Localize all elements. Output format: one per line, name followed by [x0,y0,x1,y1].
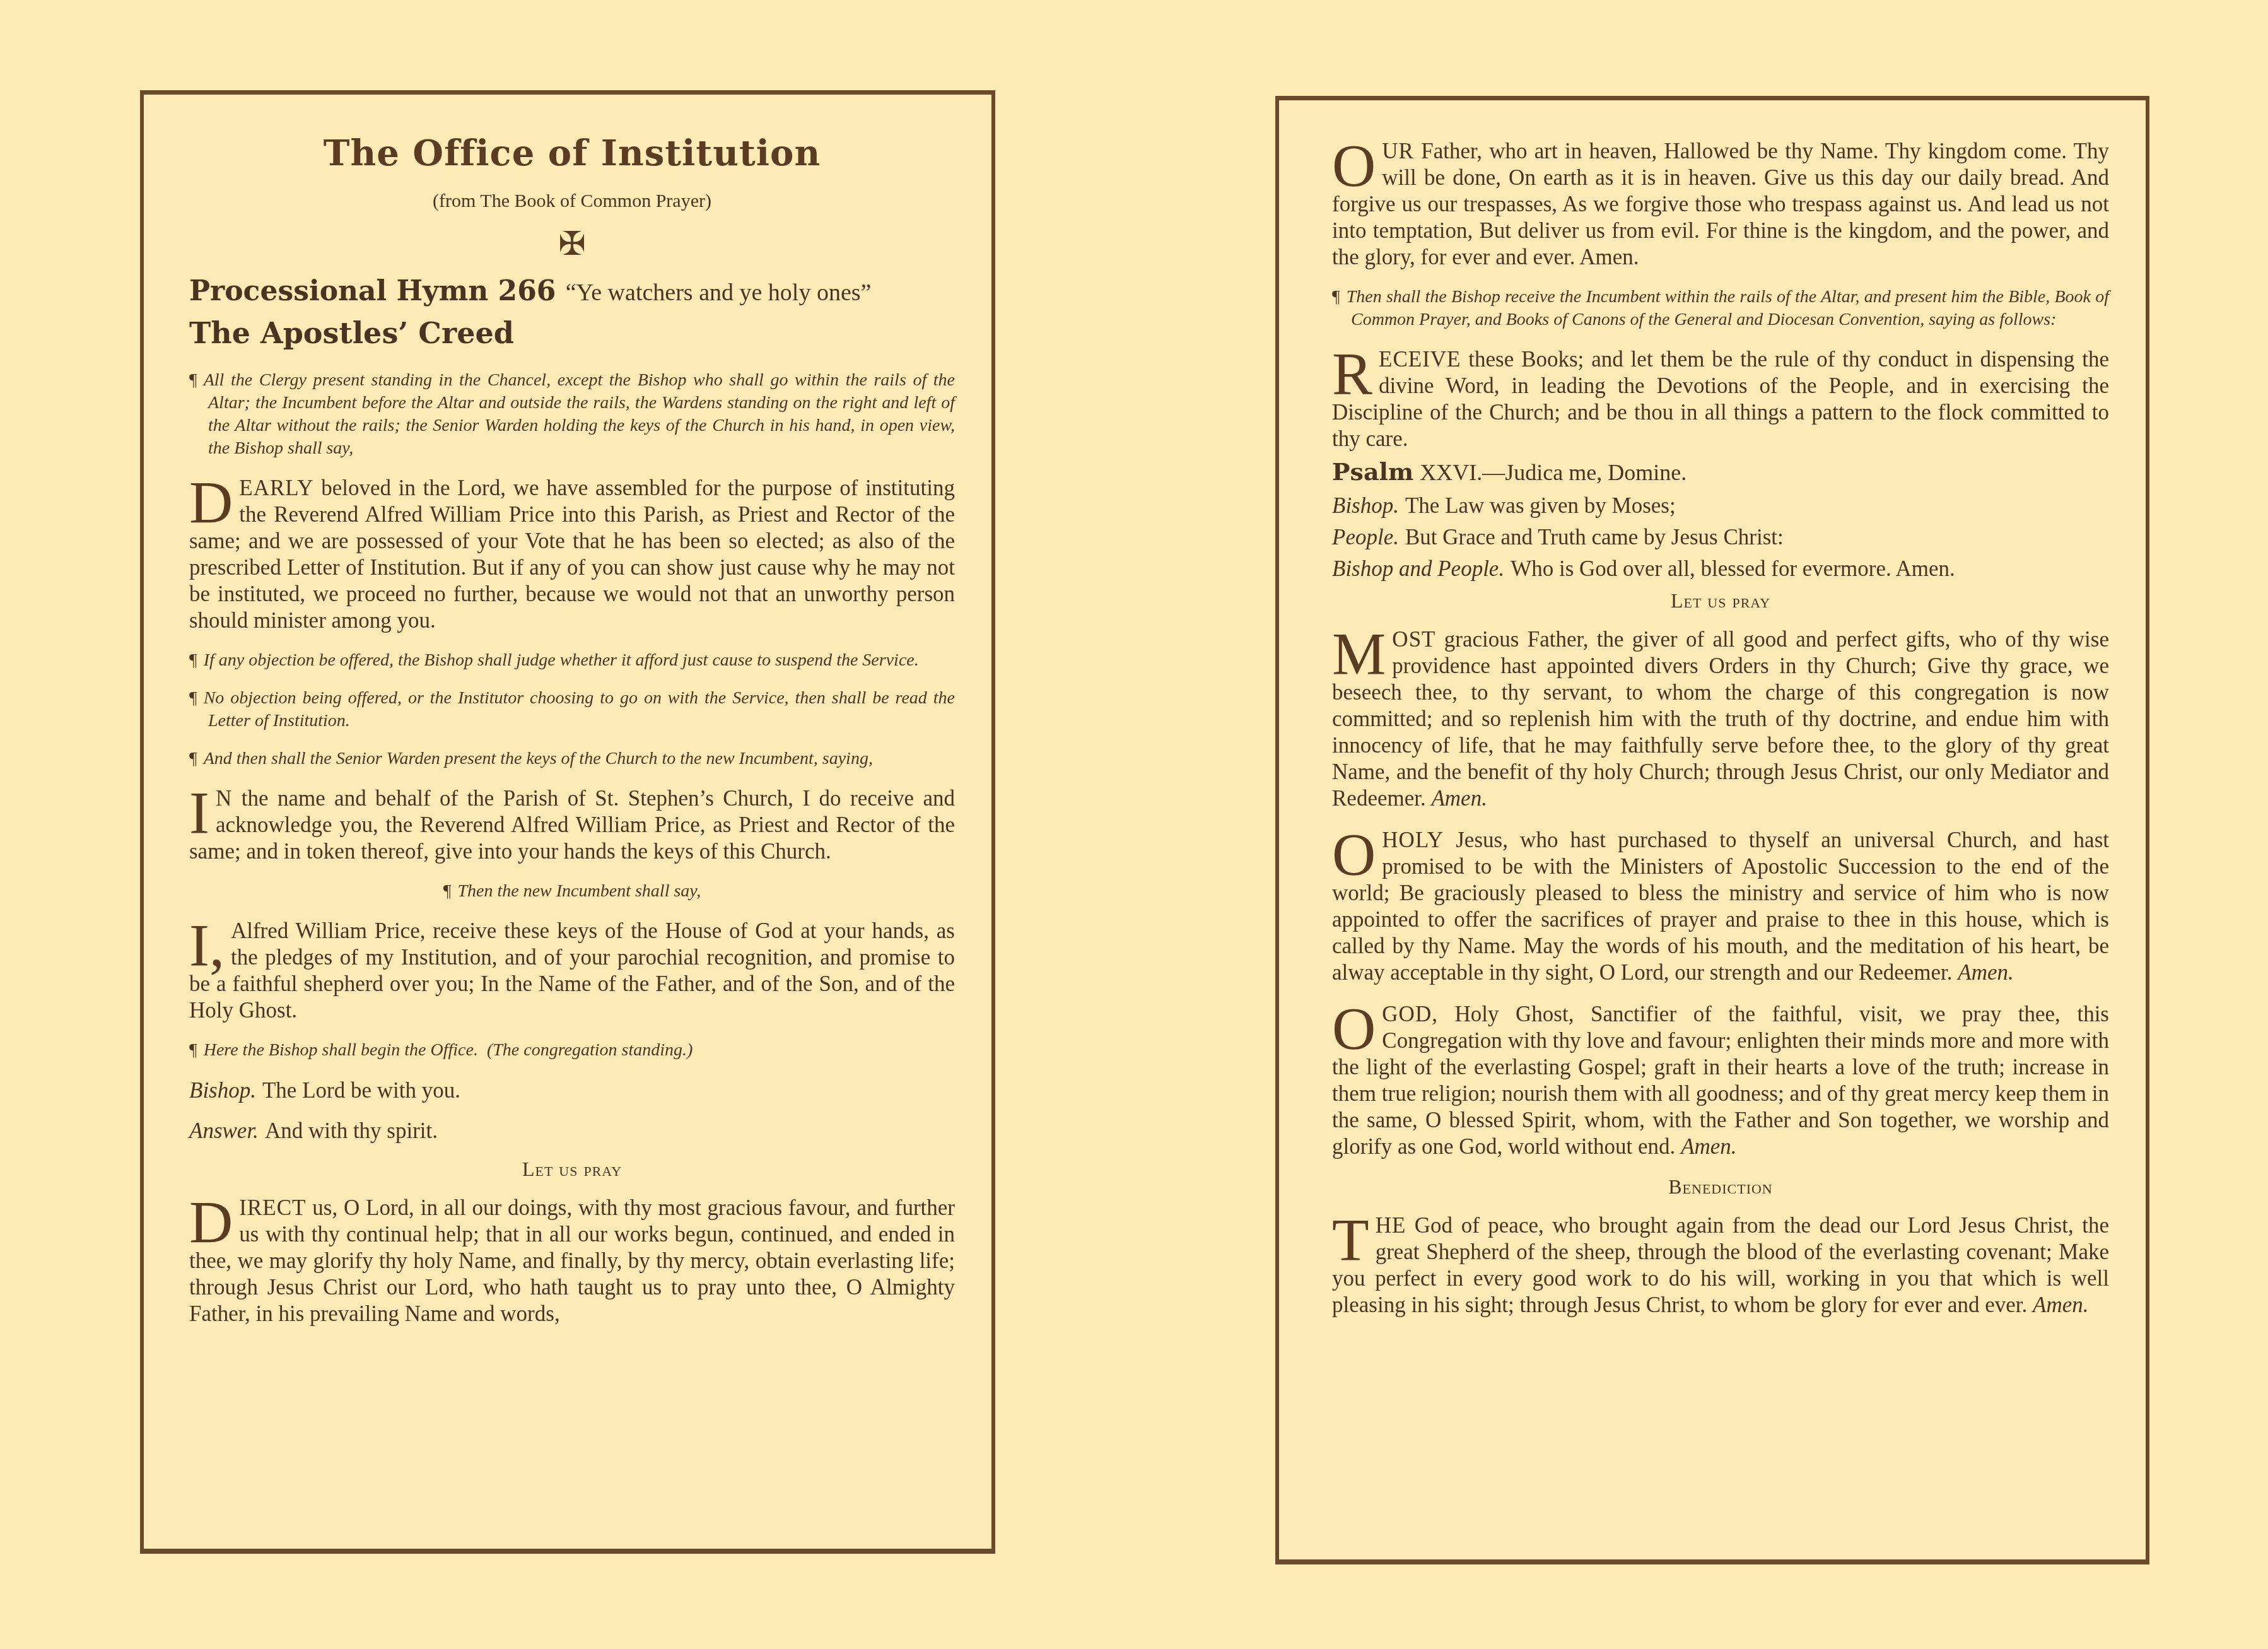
section-heading: Let us pray [1332,589,2109,613]
holy-ghost-prayer: OGOD, Holy Ghost, Sanctifier of the fait… [1332,1001,2109,1160]
direct-us-prayer: DIRECT us, O Lord, in all our doings, wi… [189,1195,955,1327]
left-page: The Office of Institution (from The Book… [140,90,995,1554]
drop-cap: I, [189,920,225,971]
versicle: Bishop.The Lord be with you. [189,1077,955,1105]
cross-icon: ✠ [189,228,955,261]
rubric: ¶And then shall the Senior Warden presen… [189,748,955,770]
pilcrow-icon: ¶ [189,650,197,670]
pilcrow-icon: ¶ [189,688,197,708]
pilcrow-icon: ¶ [443,881,452,901]
dearly-beloved-paragraph: DEARLY beloved in the Lord, we have asse… [189,475,955,634]
drop-cap: D [189,1197,233,1248]
most-gracious-prayer: MOST gracious Father, the giver of all g… [1332,626,2109,812]
creed-heading: The Apostles’ Creed [189,316,955,350]
drop-cap: O [1332,830,1376,880]
rubric: ¶Here the Bishop shall begin the Office.… [189,1039,955,1062]
holy-jesus-prayer: OHOLY Jesus, who hast purchased to thyse… [1332,827,2109,986]
drop-cap: I [189,788,209,838]
rubric: ¶If any objection be offered, the Bishop… [189,649,955,672]
hymn-label: Processional Hymn 266 [189,275,556,307]
hymn-title: “Ye watchers and ye holy ones” [566,279,872,306]
hymn-heading: Processional Hymn 266 “Ye watchers and y… [189,275,955,307]
right-page: OUR Father, who art in heaven, Hallowed … [1275,96,2149,1564]
versicle: People.But Grace and Truth came by Jesus… [1332,524,2109,551]
pilcrow-icon: ¶ [189,749,197,768]
drop-cap: O [1332,1004,1376,1054]
response: Answer.And with thy spirit. [189,1117,955,1145]
rubric: ¶Then shall the Bishop receive the Incum… [1332,286,2109,331]
incumbent-response-paragraph: I, Alfred William Price, receive these k… [189,918,955,1024]
drop-cap: M [1332,629,1386,679]
rubric: ¶Then the new Incumbent shall say, [189,880,955,903]
drop-cap: D [189,478,233,528]
keys-presentation-paragraph: IN the name and behalf of the Parish of … [189,785,955,865]
versicle: Bishop and People.Who is God over all, b… [1332,555,2109,583]
rubric: ¶No objection being offered, or the Inst… [189,687,955,732]
drop-cap: O [1332,141,1376,191]
psalm-heading: PsalmXXVI.—Judica me, Domine. [1332,457,2109,486]
section-heading: Let us pray [189,1158,955,1181]
page-title: The Office of Institution [189,132,955,174]
subtitle: (from The Book of Common Prayer) [189,191,955,212]
rubric: ¶All the Clergy present standing in the … [189,369,955,460]
lords-prayer: OUR Father, who art in heaven, Hallowed … [1332,138,2109,271]
pilcrow-icon: ¶ [1332,287,1340,307]
drop-cap: T [1332,1215,1369,1265]
receive-books-paragraph: RECEIVE these Books; and let them be the… [1332,346,2109,452]
pilcrow-icon: ¶ [189,370,197,390]
section-heading: Benediction [1332,1175,2109,1199]
versicle: Bishop.The Law was given by Moses; [1332,492,2109,520]
benediction-paragraph: THE God of peace, who brought again from… [1332,1212,2109,1318]
pilcrow-icon: ¶ [189,1040,197,1060]
drop-cap: R [1332,349,1372,399]
